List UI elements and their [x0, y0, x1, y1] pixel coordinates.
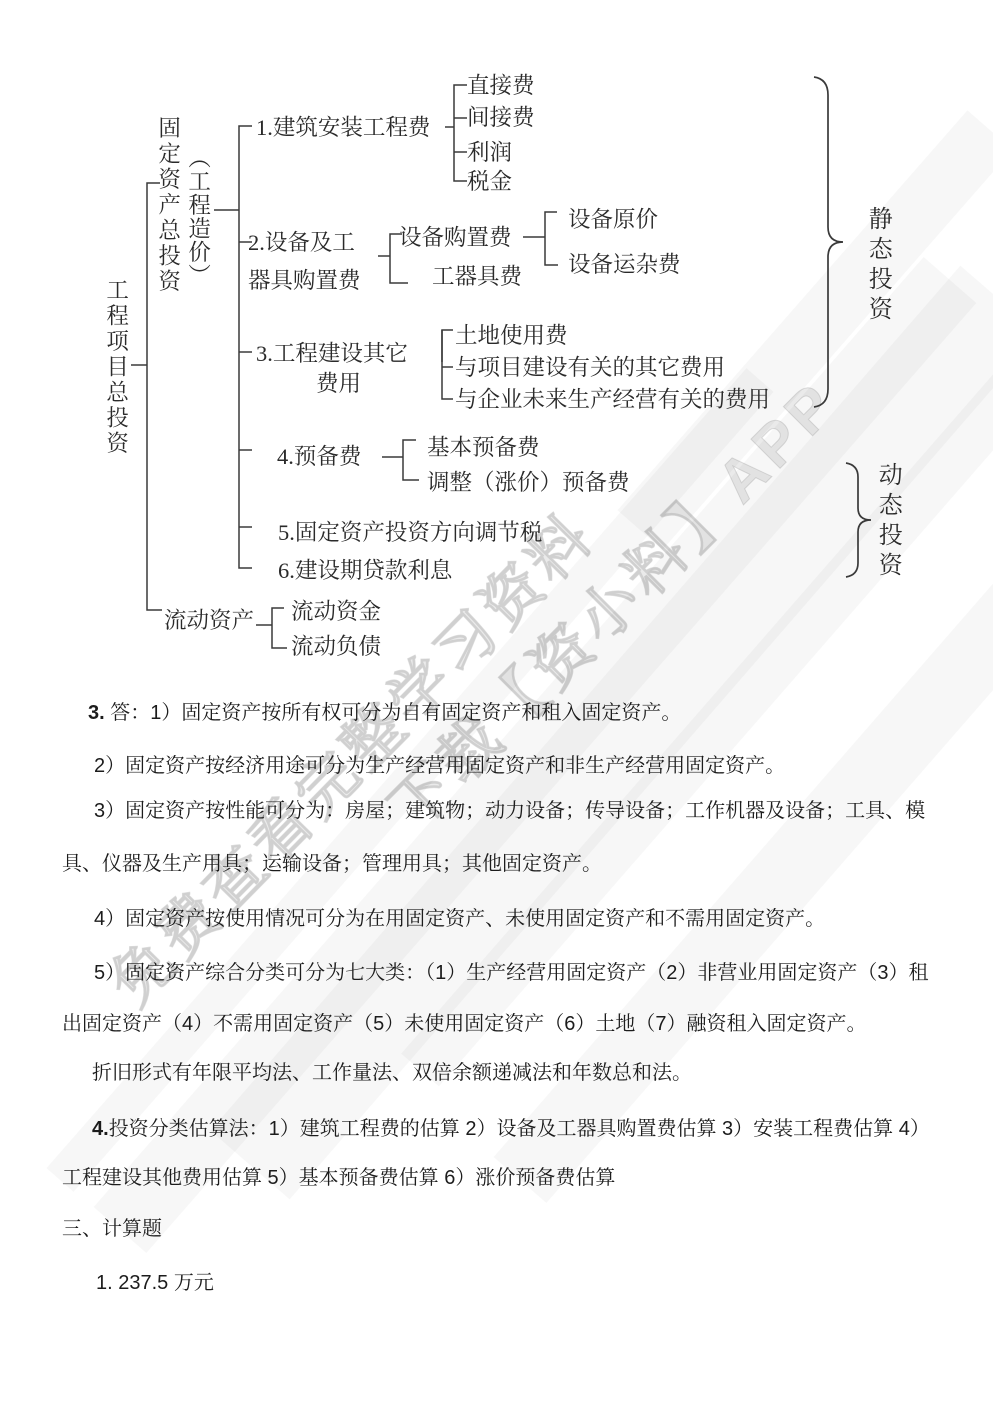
- static-investment-label: 静态投资: [864, 206, 889, 326]
- node-item3-line2: 费用: [316, 370, 361, 397]
- body-line-10: 工程建设其他费用估算 5）基本预备费估算 6）涨价预备费估算: [62, 1165, 615, 1191]
- node-project-related-other-fee: 与项目建设有关的其它费用: [455, 354, 725, 381]
- answer3-text: 答：1）固定资产按所有权可分为自有固定资产和租入固定资产。: [105, 702, 682, 724]
- body-line-4: 具、仪器及生产用具；运输设备；管理用具；其他固定资产。: [62, 851, 602, 877]
- answer4-number: 4.: [92, 1118, 109, 1140]
- node-item2-line2: 器具购置费: [248, 267, 361, 294]
- body-line-6: 5）固定资产综合分类可分为七大类：（1）生产经营用固定资产（2）非营业用固定资产…: [94, 960, 929, 986]
- document-page: 免费查看完整学习资料 下载【资小料】APP: [0, 0, 993, 1404]
- answer3-number: 3.: [88, 702, 105, 724]
- body-line-3: 3）固定资产按性能可分为：房屋；建筑物；动力设备；传导设备；工作机器及设备；工具…: [94, 798, 925, 824]
- node-equipment-original-price: 设备原价: [568, 206, 658, 233]
- node-current-liabilities: 流动负债: [291, 633, 381, 660]
- node-item1-construction-installation-fee: 1.建筑安装工程费: [256, 114, 430, 141]
- body-line-answer3: 3. 答：1）固定资产按所有权可分为自有固定资产和租入固定资产。: [88, 700, 681, 726]
- dynamic-investment-label: 动态投资: [874, 462, 899, 582]
- node-indirect-cost: 间接费: [467, 104, 535, 131]
- node-item5-investment-direction-tax: 5.固定资产投资方向调节税: [278, 519, 542, 546]
- node-working-capital: 流动资金: [291, 598, 381, 625]
- body-line-5: 4）固定资产按使用情况可分为在用固定资产、未使用固定资产和不需用固定资产。: [94, 906, 825, 932]
- node-item3-line1: 3.工程建设其它: [256, 340, 408, 367]
- node-tax: 税金: [467, 168, 512, 195]
- node-direct-cost: 直接费: [467, 72, 535, 99]
- node-equipment-freight-fee: 设备运杂费: [568, 251, 681, 278]
- section-title-calculation: 三、计算题: [62, 1216, 162, 1242]
- body-line-8: 折旧形式有年限平均法、工作量法、双倍余额递减法和年数总和法。: [92, 1060, 692, 1086]
- node-item4-reserve-fee: 4.预备费: [277, 443, 361, 470]
- node-project-total-investment: 工程项目总投资: [104, 278, 128, 457]
- body-line-answer4: 4.投资分类估算法：1）建筑工程费的估算 2）设备及工器具购置费估算 3）安装工…: [92, 1116, 930, 1142]
- node-fixed-assets-total-investment: 固定资产总投资: [156, 116, 180, 295]
- node-project-cost-paren: （工程造价）: [186, 146, 210, 287]
- node-equipment-purchase-fee: 设备购置费: [399, 224, 512, 251]
- answer4-text: 投资分类估算法：1）建筑工程费的估算 2）设备及工器具购置费估算 3）安装工程费…: [109, 1118, 930, 1140]
- node-basic-reserve-fee: 基本预备费: [427, 434, 540, 461]
- node-adjust-price-reserve-fee: 调整（涨价）预备费: [427, 469, 630, 496]
- node-land-use-fee: 土地使用费: [455, 322, 568, 349]
- node-item6-construction-loan-interest: 6.建设期贷款利息: [278, 557, 452, 584]
- body-line-7: 出固定资产（4）不需用固定资产（5）未使用固定资产（6）土地（7）融资租入固定资…: [62, 1011, 867, 1037]
- node-profit: 利润: [467, 139, 512, 166]
- node-current-assets: 流动资产: [164, 607, 254, 634]
- body-line-2: 2）固定资产按经济用途可分为生产经营用固定资产和非生产经营用固定资产。: [94, 753, 785, 779]
- body-line-answer-calc1: 1. 237.5 万元: [96, 1270, 214, 1296]
- node-item2-line1: 2.设备及工: [248, 229, 355, 256]
- node-future-operation-related-fee: 与企业未来生产经营有关的费用: [455, 386, 770, 413]
- node-tools-fee: 工器具费: [432, 263, 522, 290]
